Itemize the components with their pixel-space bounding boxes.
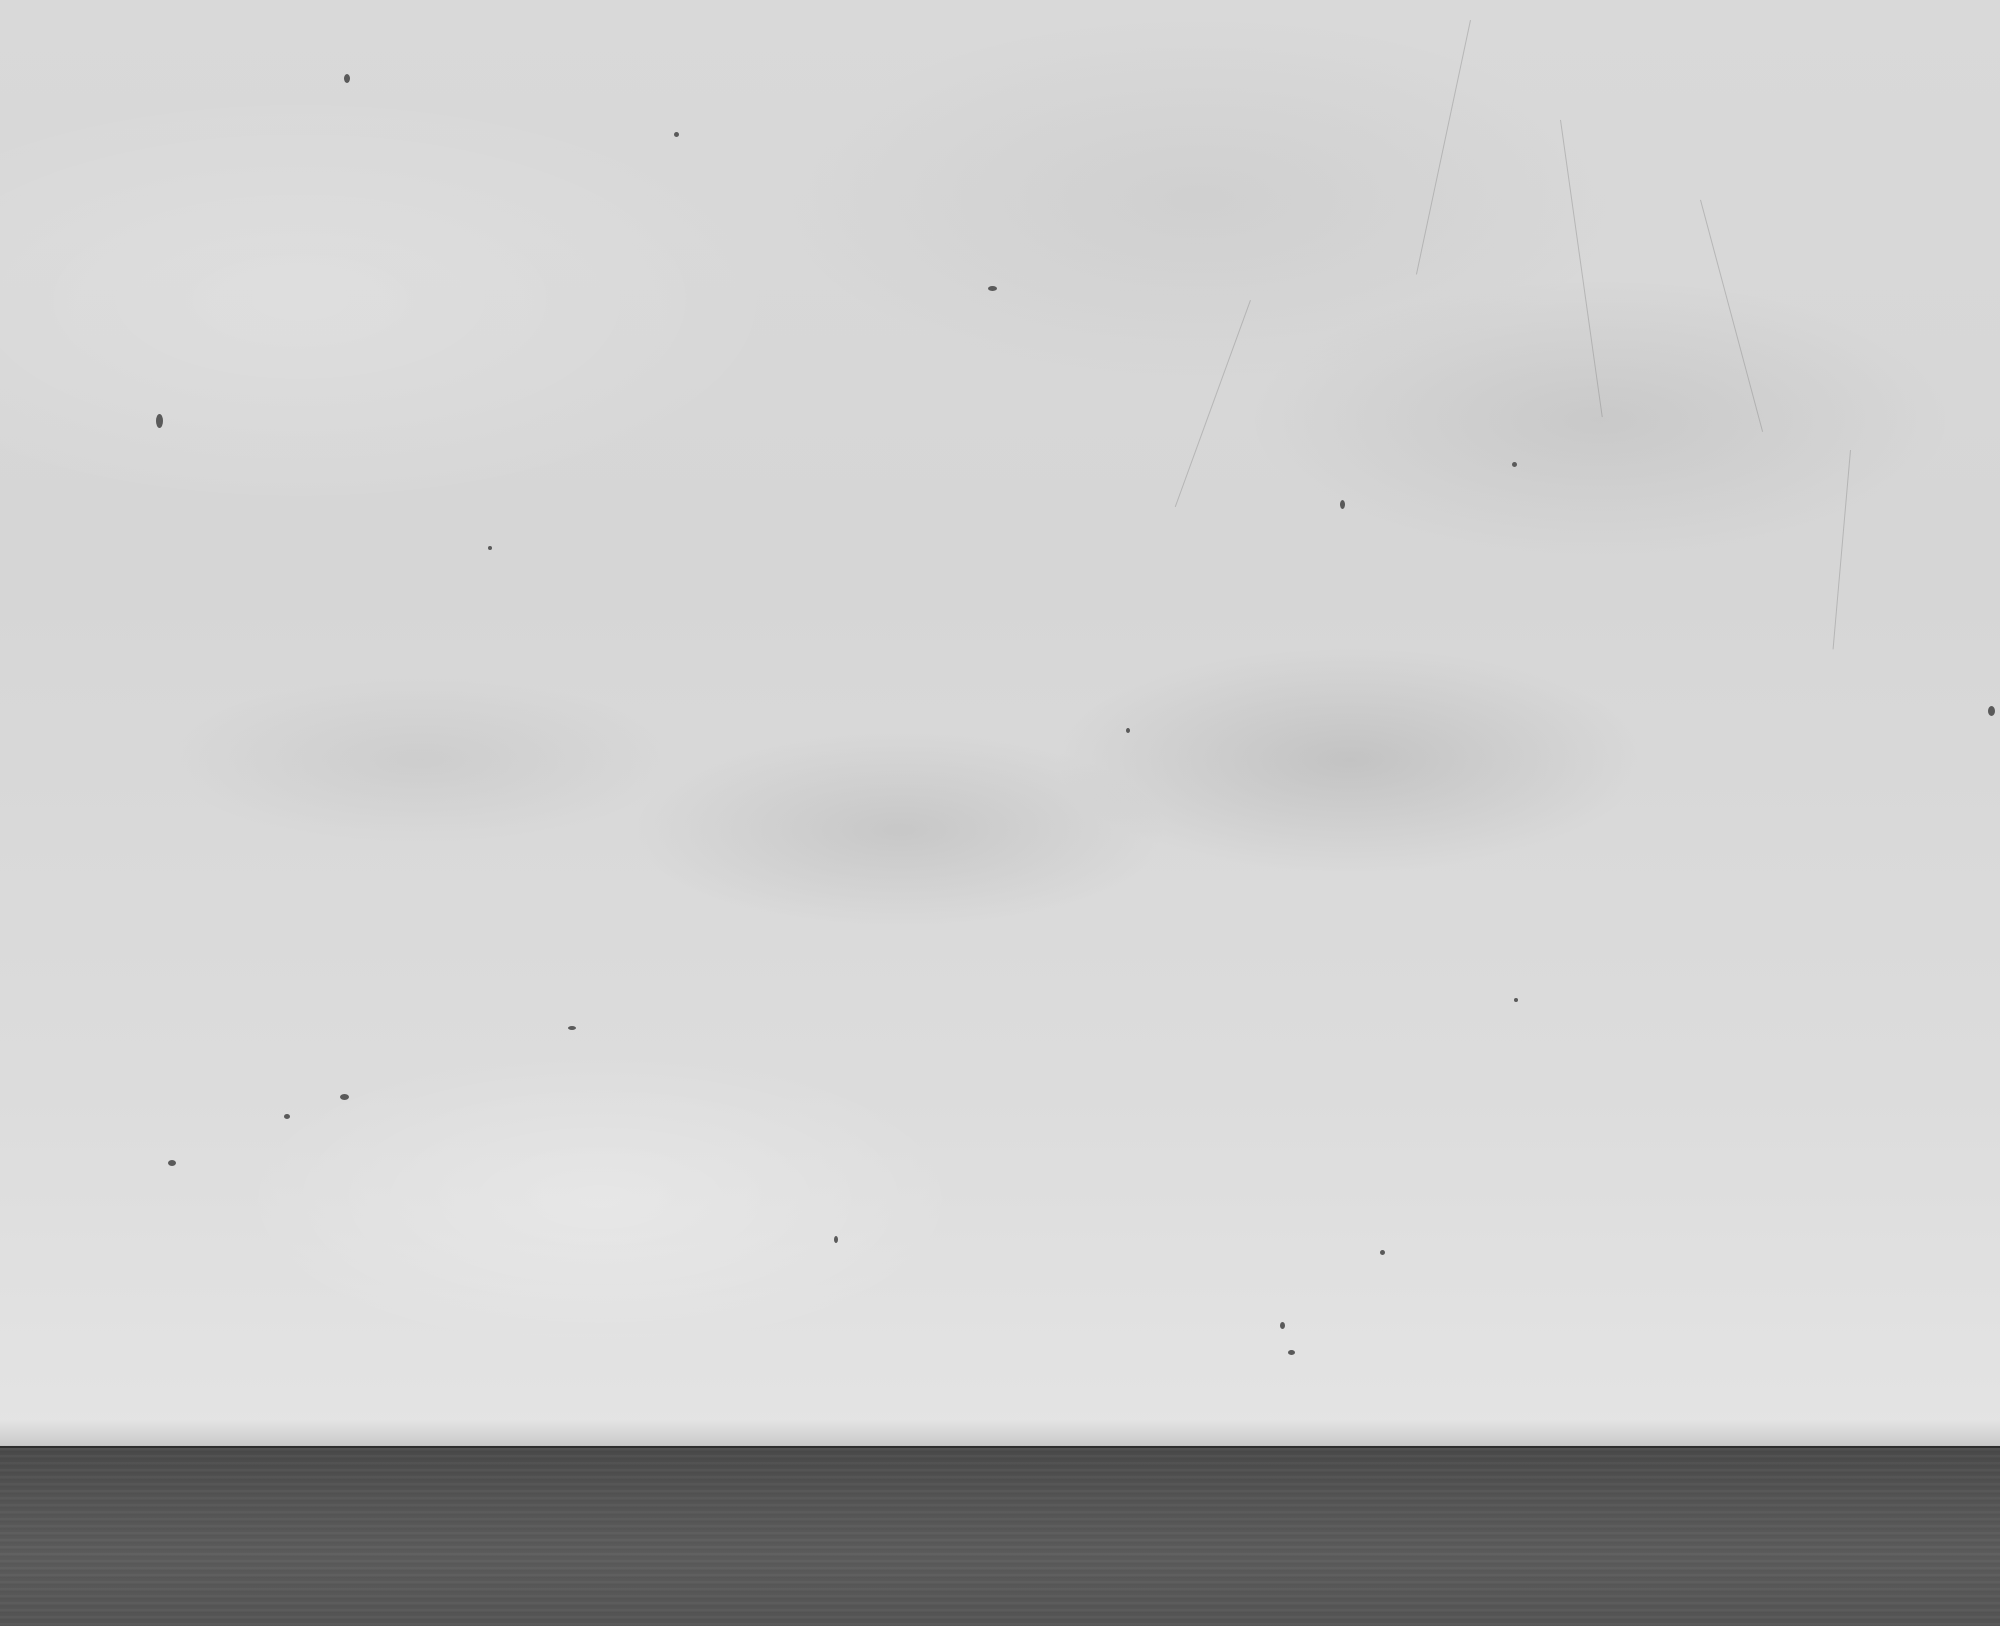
wall-speck — [1514, 998, 1518, 1002]
wall-speck — [1280, 1322, 1285, 1329]
wall-crack — [1560, 120, 1603, 417]
photograph — [0, 0, 2000, 1626]
wall-crack — [1700, 200, 1763, 432]
wall-speck — [344, 74, 350, 83]
wall-crack — [1416, 20, 1471, 275]
wall-crack — [1175, 300, 1251, 507]
wall-speck — [674, 132, 679, 137]
wall-speck — [156, 414, 163, 428]
wall-speck — [1340, 500, 1345, 509]
wall-speck — [1380, 1250, 1385, 1255]
wall-speck — [1288, 1350, 1295, 1355]
wall-speck — [1512, 462, 1517, 467]
wall-speck — [1126, 728, 1130, 733]
wall-speck — [340, 1094, 349, 1100]
wall-speck — [568, 1026, 576, 1030]
wall-speck — [834, 1236, 838, 1243]
wooden-floor — [0, 1446, 2000, 1626]
wall-speck — [168, 1160, 176, 1166]
wall-crack — [1833, 450, 1851, 649]
wall-floor-shadow — [0, 1420, 2000, 1446]
wall-speck — [284, 1114, 290, 1119]
wall-speck — [488, 546, 492, 550]
wall-speck — [988, 286, 997, 291]
plaster-wall — [0, 0, 2000, 1445]
wall-speck — [1988, 706, 1995, 716]
